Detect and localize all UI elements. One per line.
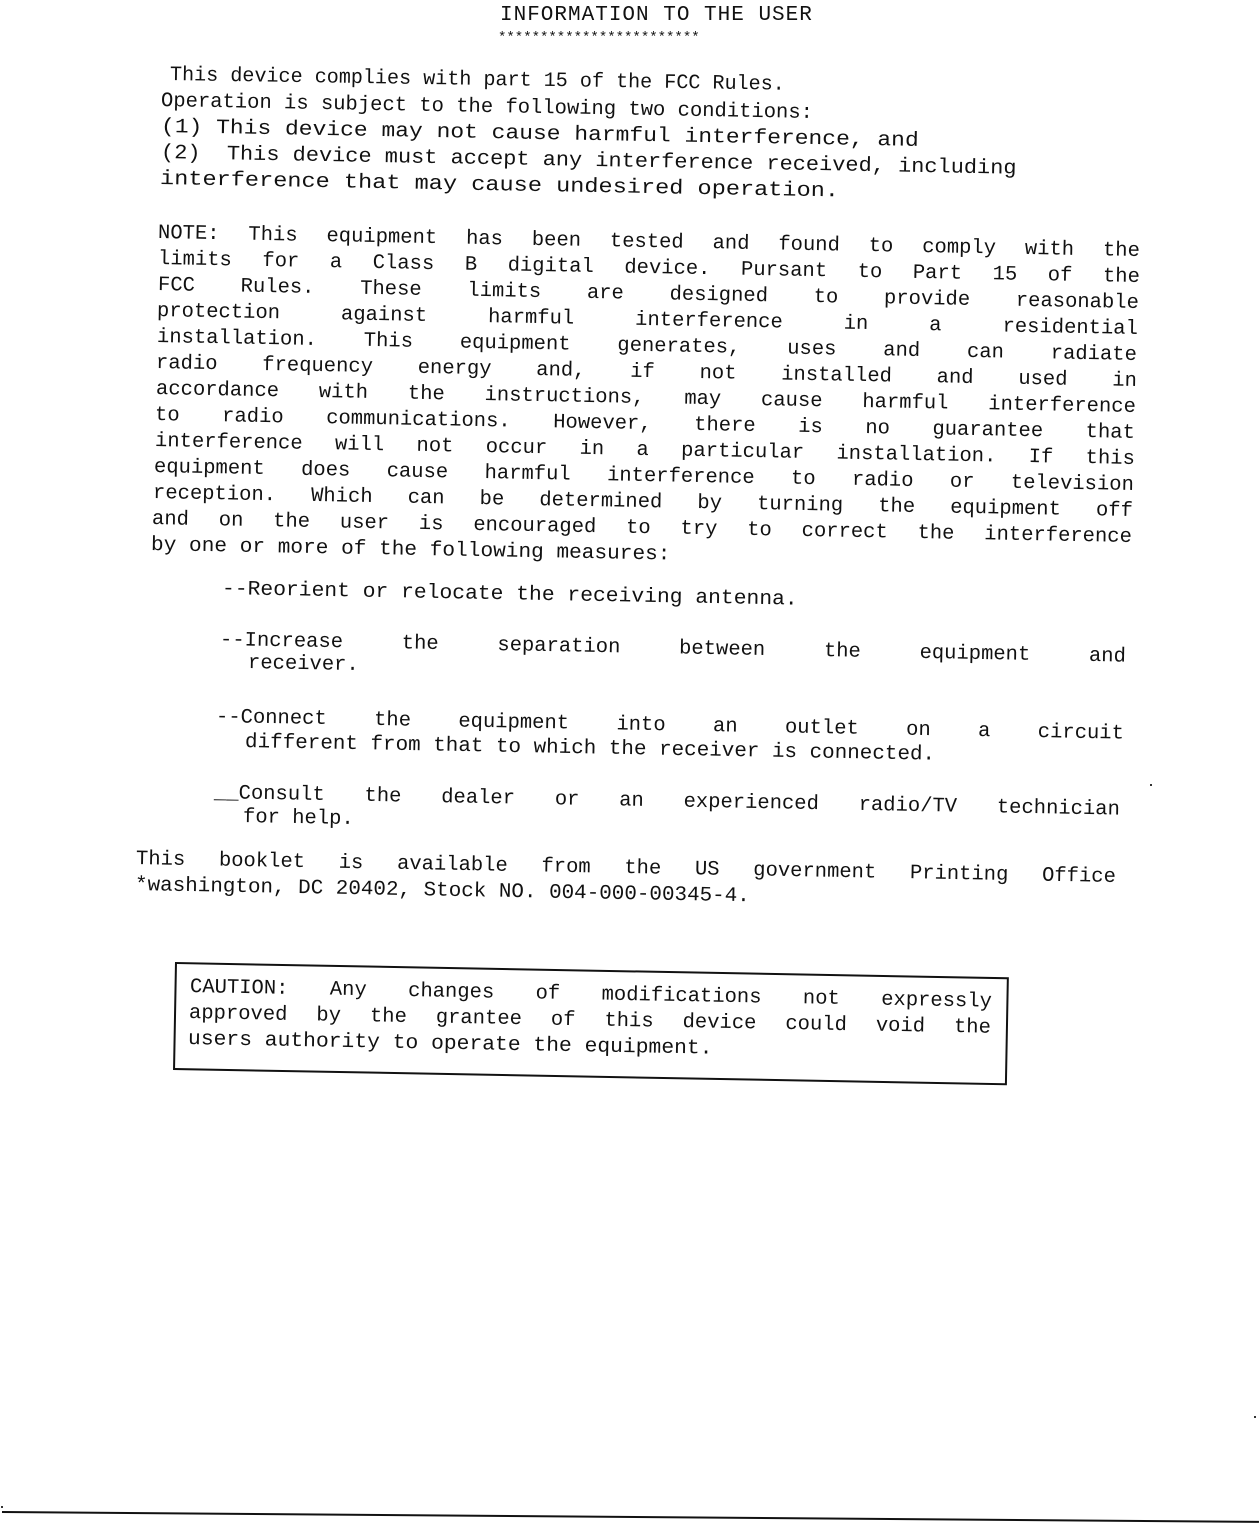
scan-edge-line [2, 1511, 1259, 1523]
scan-speck [1150, 784, 1152, 786]
scan-speck [1, 1506, 3, 1508]
measure-line: --Reorient or relocate the receiving ant… [222, 578, 798, 613]
measure-line: receiver. [248, 652, 359, 678]
title-underline-asterisks: ************************ [498, 30, 700, 46]
measure-line: for help. [243, 806, 354, 832]
scan-speck [1254, 1416, 1256, 1418]
document-title: INFORMATION TO THE USER [500, 4, 813, 27]
scanned-document-page: INFORMATION TO THE USER ****************… [0, 0, 1259, 1533]
